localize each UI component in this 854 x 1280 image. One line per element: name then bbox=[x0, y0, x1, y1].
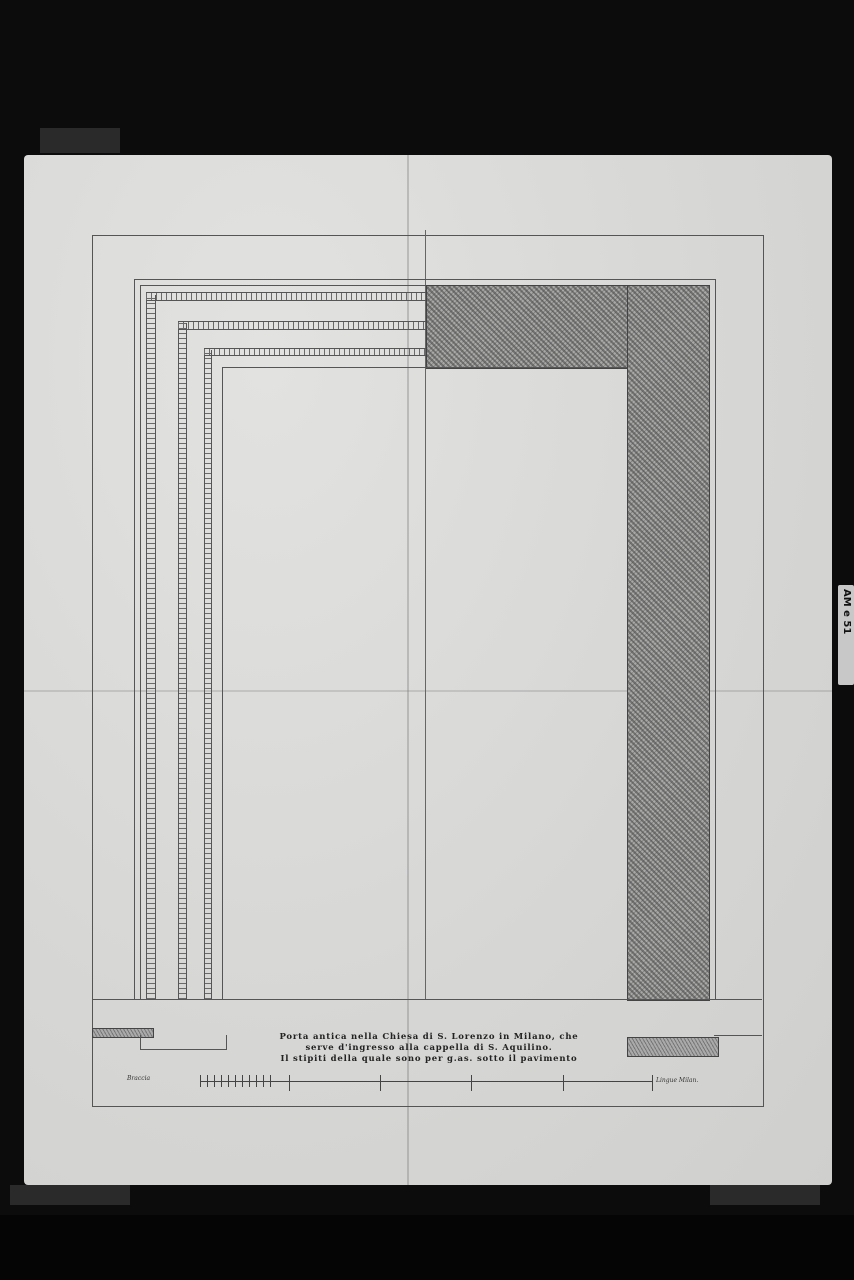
scale-tick bbox=[249, 1075, 250, 1087]
scale-tick bbox=[242, 1075, 243, 1087]
scale-tick bbox=[221, 1075, 222, 1087]
scale-tick bbox=[200, 1075, 201, 1087]
door-opening-left bbox=[222, 367, 427, 1000]
left-band-middle bbox=[178, 323, 187, 999]
scale-major-tick bbox=[380, 1075, 381, 1091]
right-floor-line bbox=[714, 1035, 762, 1036]
scale-major-tick bbox=[652, 1075, 653, 1091]
scale-tick bbox=[256, 1075, 257, 1087]
scale-major-tick bbox=[471, 1075, 472, 1091]
left-band-inner bbox=[204, 350, 212, 999]
drawing-caption: Porta antica nella Chiesa di S. Lorenzo … bbox=[254, 1032, 604, 1065]
right-base-section bbox=[627, 1037, 719, 1057]
scale-tick bbox=[207, 1075, 208, 1087]
floor-line bbox=[92, 999, 762, 1000]
left-base-profile bbox=[140, 1035, 227, 1050]
film-clip bbox=[710, 1185, 820, 1205]
caption-line-1: Porta antica nella Chiesa di S. Lorenzo … bbox=[254, 1032, 604, 1043]
top-band-inner bbox=[204, 348, 426, 356]
scale-major-tick bbox=[563, 1075, 564, 1091]
film-clip bbox=[10, 1185, 130, 1205]
top-band-outer bbox=[146, 292, 426, 301]
caption-line-2: serve d'ingresso alla cappella di S. Aqu… bbox=[254, 1043, 604, 1054]
drawing-sheet: Porta antica nella Chiesa di S. Lorenzo … bbox=[24, 155, 832, 1185]
caption-line-3: Il stipiti della quale sono per g.as. so… bbox=[254, 1054, 604, 1065]
scale-tick bbox=[235, 1075, 236, 1087]
archive-stamp-text: AM e 51 bbox=[841, 589, 852, 634]
scale-tick bbox=[270, 1075, 271, 1087]
archive-stamp: AM e 51 bbox=[838, 585, 854, 685]
scale-major-tick bbox=[289, 1075, 290, 1091]
door-opening-top-right bbox=[426, 367, 627, 368]
ornamental-jamb bbox=[627, 285, 710, 1001]
top-band-middle bbox=[178, 321, 426, 330]
film-clip bbox=[40, 128, 120, 153]
scale-bar bbox=[200, 1081, 652, 1082]
scale-right-label: Lingue Milan. bbox=[656, 1077, 698, 1084]
left-band-outer bbox=[146, 295, 156, 999]
scale-tick bbox=[228, 1075, 229, 1087]
scale-left-label: Braccia bbox=[127, 1075, 150, 1082]
scale-tick bbox=[263, 1075, 264, 1087]
scale-tick bbox=[214, 1075, 215, 1087]
